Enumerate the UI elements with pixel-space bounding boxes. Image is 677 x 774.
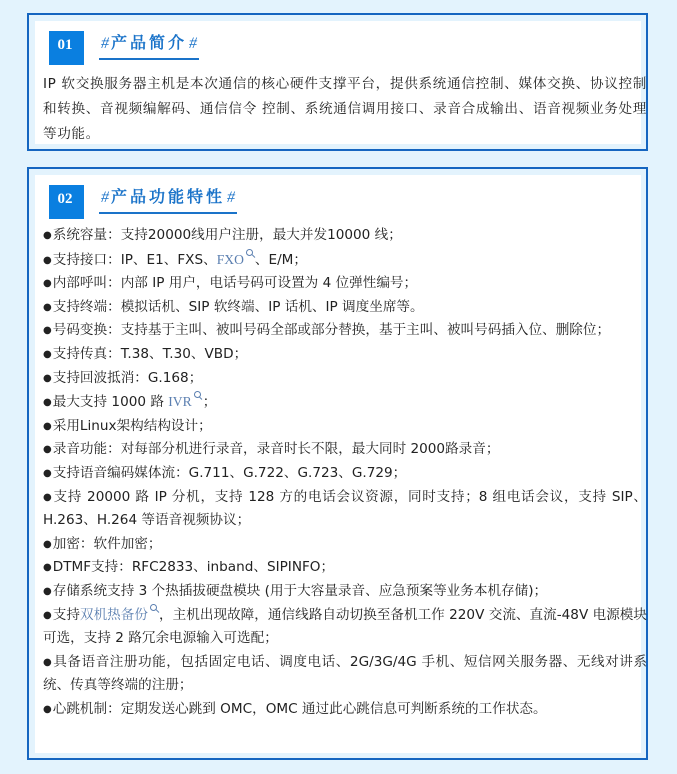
search-icon[interactable] bbox=[194, 391, 201, 398]
bullet-icon: ● bbox=[43, 468, 52, 479]
bullet-icon: ● bbox=[43, 325, 52, 336]
feature-item: ●系统容量：支持20000线用户注册，最大并发10000 线； bbox=[43, 224, 647, 248]
bullet-icon: ● bbox=[43, 278, 52, 289]
feature-item: ●支持接口：IP、E1、FXS、FXO、E/M； bbox=[43, 248, 647, 273]
feature-item: ●支持双机热备份，主机出现故障，通信线路自动切换至备机工作 220V 交流、直流… bbox=[43, 604, 647, 651]
section-number-badge: 01 bbox=[49, 31, 84, 65]
section-product-features: 02 #产品功能特性# ●系统容量：支持20000线用户注册，最大并发10000… bbox=[27, 167, 648, 760]
feature-item: ●号码变换：支持基于主叫、被叫号码全部或部分替换，基于主叫、被叫号码插入位、删除… bbox=[43, 319, 647, 343]
feature-item: ●支持回波抵消：G.168； bbox=[43, 367, 647, 391]
card-panel: 01 #产品简介# IP 软交换服务器主机是本次通信的核心硬件支撑平台，提供系统… bbox=[35, 21, 641, 144]
bullet-icon: ● bbox=[43, 397, 52, 408]
bullet-icon: ● bbox=[43, 586, 52, 597]
bullet-icon: ● bbox=[43, 230, 52, 241]
bullet-icon: ● bbox=[43, 421, 52, 432]
section-number-badge: 02 bbox=[49, 185, 84, 219]
feature-item: ●支持传真：T.38、T.30、VBD； bbox=[43, 343, 647, 367]
feature-item: ●心跳机制：定期发送心跳到 OMC，OMC 通过此心跳信息可判断系统的工作状态。 bbox=[43, 698, 647, 722]
bullet-icon: ● bbox=[43, 302, 52, 313]
section-product-intro: 01 #产品简介# IP 软交换服务器主机是本次通信的核心硬件支撑平台，提供系统… bbox=[27, 13, 648, 151]
keyword-link-fxo[interactable]: FXO bbox=[217, 252, 244, 267]
section-title: 产品简介 bbox=[111, 33, 187, 52]
bullet-icon: ● bbox=[43, 539, 52, 550]
bullet-icon: ● bbox=[43, 657, 52, 668]
feature-item: ●加密：软件加密； bbox=[43, 533, 647, 557]
feature-item: ●DTMF支持：RFC2833、inband、SIPINFO； bbox=[43, 556, 647, 580]
section-title: 产品功能特性 bbox=[111, 187, 225, 206]
keyword-link-ivr[interactable]: IVR bbox=[168, 394, 191, 409]
section-heading: #产品简介# bbox=[99, 33, 199, 60]
feature-item: ●支持 20000 路 IP 分机，支持 128 方的电话会议资源，同时支持；8… bbox=[43, 486, 647, 533]
feature-item: ●采用Linux架构结构设计； bbox=[43, 415, 647, 439]
feature-item: ●支持终端：模拟话机、SIP 软终端、IP 话机、IP 调度坐席等。 bbox=[43, 296, 647, 320]
hash-decoration: # bbox=[227, 189, 235, 206]
keyword-link-hot-standby[interactable]: 双机热备份 bbox=[80, 607, 148, 623]
search-icon[interactable] bbox=[246, 249, 253, 256]
bullet-icon: ● bbox=[43, 610, 52, 621]
search-icon[interactable] bbox=[150, 604, 157, 611]
bullet-icon: ● bbox=[43, 562, 52, 573]
bullet-icon: ● bbox=[43, 704, 52, 715]
bullet-icon: ● bbox=[43, 255, 52, 266]
bullet-icon: ● bbox=[43, 444, 52, 455]
feature-item: ●具备语音注册功能，包括固定电话、调度电话、2G/3G/4G 手机、短信网关服务… bbox=[43, 651, 647, 698]
hash-decoration: # bbox=[101, 35, 109, 52]
bullet-icon: ● bbox=[43, 492, 52, 503]
feature-item: ●存储系统支持 3 个热插拔硬盘模块 (用于大容量录音、应急预案等业务本机存储)… bbox=[43, 580, 647, 604]
intro-paragraph: IP 软交换服务器主机是本次通信的核心硬件支撑平台，提供系统通信控制、媒体交换、… bbox=[43, 72, 647, 147]
feature-item: ●最大支持 1000 路 IVR； bbox=[43, 390, 647, 415]
hash-decoration: # bbox=[101, 189, 109, 206]
feature-item: ●支持语音编码媒体流：G.711、G.722、G.723、G.729； bbox=[43, 462, 647, 486]
section-heading: #产品功能特性# bbox=[99, 187, 237, 214]
bullet-icon: ● bbox=[43, 373, 52, 384]
feature-item: ●录音功能：对每部分机进行录音，录音时长不限，最大同时 2000路录音； bbox=[43, 438, 647, 462]
card-panel: 02 #产品功能特性# ●系统容量：支持20000线用户注册，最大并发10000… bbox=[35, 175, 641, 753]
bullet-icon: ● bbox=[43, 349, 52, 360]
hash-decoration: # bbox=[189, 35, 197, 52]
feature-item: ●内部呼叫：内部 IP 用户，电话号码可设置为 4 位弹性编号； bbox=[43, 272, 647, 296]
feature-list: ●系统容量：支持20000线用户注册，最大并发10000 线； ●支持接口：IP… bbox=[43, 224, 647, 721]
